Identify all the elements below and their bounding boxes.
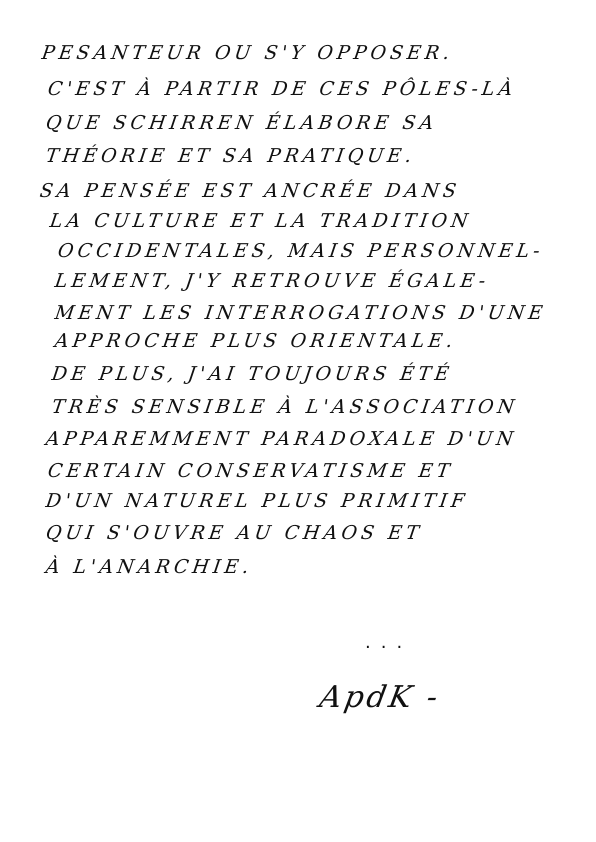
text-line-10: approche plus orientale. bbox=[53, 330, 457, 352]
text-line-4: théorie et sa pratique. bbox=[44, 145, 416, 167]
text-line-7: occidentales, mais personnel- bbox=[56, 240, 545, 262]
text-line-2: C'est à partir de ces pôles-là bbox=[46, 78, 517, 100]
text-line-13: apparemment paradoxale d'un bbox=[44, 428, 518, 450]
text-line-9: ment les interrogations d'une bbox=[53, 302, 547, 324]
text-line-12: très sensible à l'association bbox=[50, 396, 519, 418]
signature: ApdK - bbox=[317, 680, 443, 715]
text-line-8: lement, j'y retrouve égale- bbox=[53, 270, 490, 292]
text-line-1: Pesanteur ou s'y opposer. bbox=[40, 42, 454, 64]
handwritten-letter-page: Pesanteur ou s'y opposer. C'est à partir… bbox=[0, 0, 596, 842]
text-line-16: qui s'ouvre au chaos et bbox=[44, 522, 424, 544]
ellipsis: ... bbox=[365, 632, 412, 653]
text-line-6: la culture et la tradition bbox=[48, 210, 473, 232]
text-line-14: certain conservatisme et bbox=[46, 460, 454, 482]
text-line-5: Sa pensée est ancrée dans bbox=[38, 180, 461, 202]
text-line-17: à l'anarchie. bbox=[44, 556, 254, 578]
text-line-11: De plus, j'ai toujours été bbox=[50, 363, 454, 385]
text-line-15: d'un naturel plus primitif bbox=[44, 490, 469, 512]
text-line-3: que Schirren élabore sa bbox=[44, 112, 438, 134]
